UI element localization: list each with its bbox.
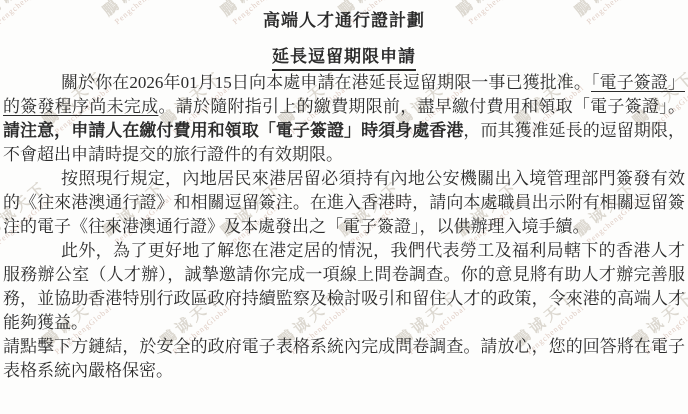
- approval-text: 關於你在2026年01月15日向本處申請在港延長逗留期限一事已獲批准。: [61, 73, 591, 92]
- document-page: 鵬诚天下PengchengGlobal鵬诚天下PengchengGlobal鵬诚…: [0, 0, 688, 414]
- paragraph-survey-invitation: 此外，為了更好地了解您在港定居的情況，我們代表勞工及福利局轄下的香港人才服務辦公…: [3, 239, 685, 335]
- payment-instruction-text: 。請於隨附指引上的繳費期限前，盡早繳付費用和領取「電子簽證」。: [158, 97, 685, 116]
- letter-content: 高端人才通行證計劃 延長逗留期限申請 關於你在2026年01月15日向本處申請在…: [0, 0, 688, 383]
- paragraph-survey-link-note: 請點擊下方鏈結，於安全的政府電子表格系統內完成問卷調查。請放心，您的回答將在電子…: [3, 335, 685, 383]
- application-subtitle: 延長逗留期限申請: [3, 46, 685, 71]
- presence-requirement-bold-text: 請注意，申請人在繳付費用和領取「電子簽證」時須身處香港: [3, 121, 463, 140]
- paragraph-approval-notice: 關於你在2026年01月15日向本處申請在港延長逗留期限一事已獲批准。「電子簽證…: [3, 71, 685, 167]
- application-subtitle-text: 延長逗留期限申請: [272, 46, 416, 71]
- scheme-title: 高端人才通行證計劃: [3, 10, 685, 32]
- paragraph-entry-requirements: 按照現行規定，內地居民來港居留必須持有內地公安機關出入境管理部門簽發有效的《往來…: [3, 167, 685, 239]
